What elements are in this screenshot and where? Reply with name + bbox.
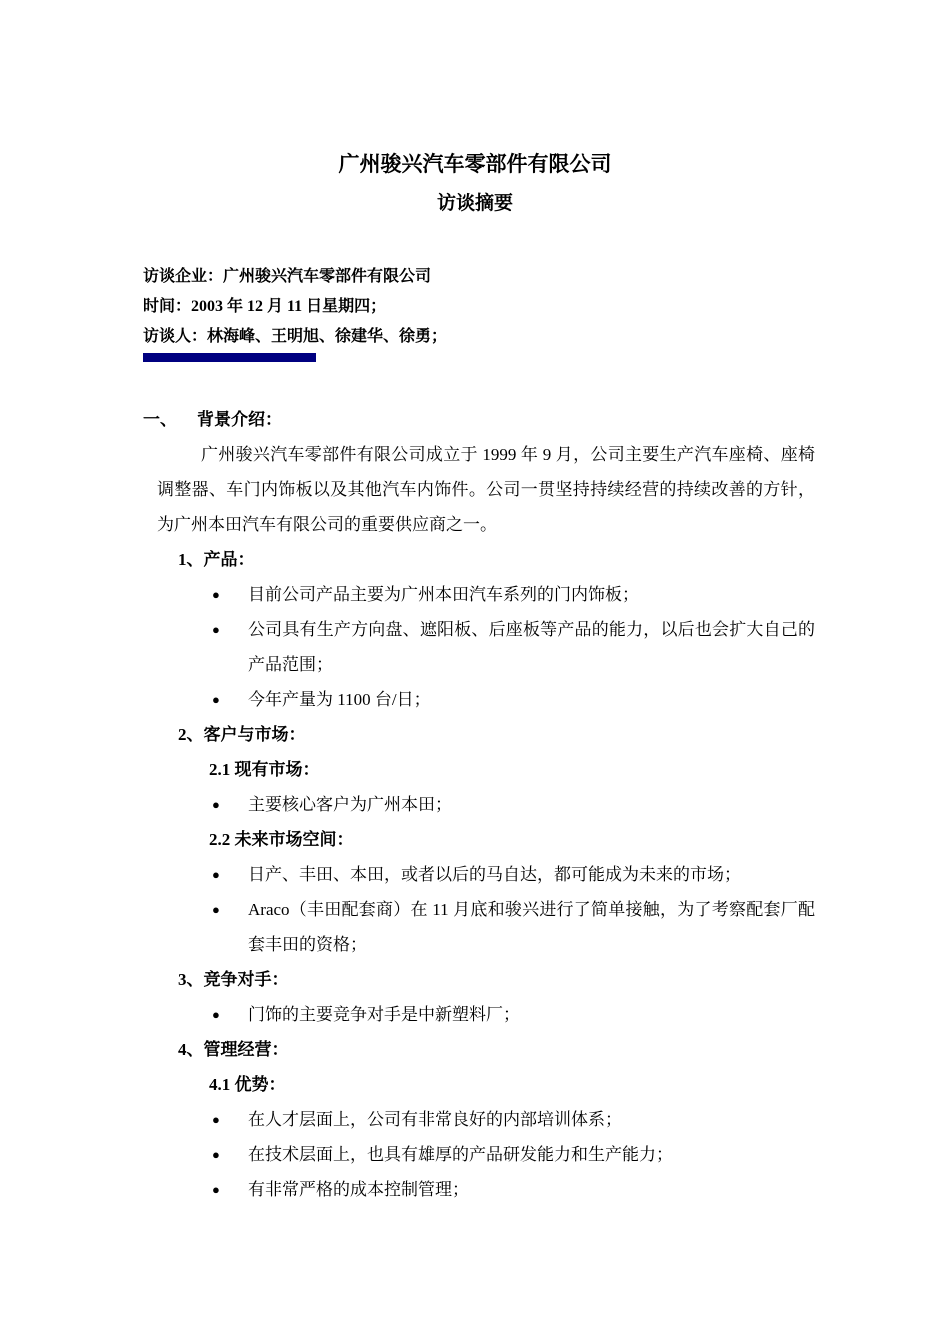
subsection-number: 1、 [178,550,204,569]
title-block: 广州骏兴汽车零部件有限公司 访谈摘要 [0,150,950,216]
document-body: 一、背景介绍： 广州骏兴汽车零部件有限公司成立于 1999 年 9 月，公司主要… [143,402,815,1207]
document-subtitle: 访谈摘要 [0,192,950,216]
bullet-item: ● 在技术层面上，也具有雄厚的产品研发能力和生产能力； [143,1137,815,1172]
group-heading-current-market: 2.1 现有市场： [143,752,815,787]
subsection-number: 2、 [178,725,204,744]
bullet-icon: ● [212,857,220,892]
group-heading-advantages: 4.1 优势： [143,1067,815,1102]
bullet-icon: ● [212,612,220,647]
meta-company: 访谈企业：广州骏兴汽车零部件有限公司 [143,262,833,292]
bullet-icon: ● [212,1172,220,1207]
subsection-heading-products: 1、产品： [143,542,815,577]
bullet-text: 公司具有生产方向盘、遮阳板、后座板等产品的能力，以后也会扩大自己的产品范围； [248,620,815,674]
subsection-heading-competitors: 3、竞争对手： [143,962,815,997]
bullet-text: Araco（丰田配套商）在 11 月底和骏兴进行了简单接触，为了考察配套厂配套丰… [248,900,815,954]
section-intro-paragraph: 广州骏兴汽车零部件有限公司成立于 1999 年 9 月，公司主要生产汽车座椅、座… [157,437,815,542]
subsection-heading-management: 4、管理经营： [143,1032,815,1067]
subsection-title: 客户与市场： [204,725,306,744]
bullet-item: ● Araco（丰田配套商）在 11 月底和骏兴进行了简单接触，为了考察配套厂配… [143,892,815,962]
bullet-text: 主要核心客户为广州本田； [248,795,452,814]
accent-bar [143,353,316,362]
bullet-item: ● 主要核心客户为广州本田； [143,787,815,822]
section-heading-label: 背景介绍： [197,410,282,429]
bullet-item: ● 今年产量为 1100 台/日； [143,682,815,717]
bullet-icon: ● [212,997,220,1032]
bullet-icon: ● [212,787,220,822]
section-number: 一、 [143,402,197,437]
section-heading: 一、背景介绍： [143,402,815,437]
meta-interviewers: 访谈人：林海峰、王明旭、徐建华、徐勇； [143,322,833,352]
bullet-item: ● 门饰的主要竞争对手是中新塑料厂； [143,997,815,1032]
bullet-icon: ● [212,1102,220,1137]
bullet-text: 今年产量为 1100 台/日； [248,690,431,709]
meta-block: 访谈企业：广州骏兴汽车零部件有限公司 时间：2003 年 12 月 11 日星期… [143,262,833,352]
subsection-title: 产品： [204,550,255,569]
bullet-icon: ● [212,1137,220,1172]
subsection-heading-customers-market: 2、客户与市场： [143,717,815,752]
bullet-icon: ● [212,577,220,612]
document-page: 广州骏兴汽车零部件有限公司 访谈摘要 访谈企业：广州骏兴汽车零部件有限公司 时间… [0,0,950,1344]
bullet-text: 在技术层面上，也具有雄厚的产品研发能力和生产能力； [248,1145,673,1164]
group-heading-future-market: 2.2 未来市场空间： [143,822,815,857]
subsection-title: 管理经营： [204,1040,289,1059]
document-title: 广州骏兴汽车零部件有限公司 [0,150,950,178]
subsection-title: 竞争对手： [204,970,289,989]
bullet-icon: ● [212,892,220,927]
subsection-number: 4、 [178,1040,204,1059]
bullet-item: ● 公司具有生产方向盘、遮阳板、后座板等产品的能力，以后也会扩大自己的产品范围； [143,612,815,682]
bullet-item: ● 有非常严格的成本控制管理； [143,1172,815,1207]
subsection-number: 3、 [178,970,204,989]
bullet-text: 有非常严格的成本控制管理； [248,1180,469,1199]
bullet-item: ● 目前公司产品主要为广州本田汽车系列的门内饰板； [143,577,815,612]
bullet-text: 日产、丰田、本田，或者以后的马自达，都可能成为未来的市场； [248,865,741,884]
bullet-item: ● 在人才层面上，公司有非常良好的内部培训体系； [143,1102,815,1137]
meta-date: 时间：2003 年 12 月 11 日星期四； [143,292,833,322]
bullet-item: ● 日产、丰田、本田，或者以后的马自达，都可能成为未来的市场； [143,857,815,892]
bullet-icon: ● [212,682,220,717]
bullet-text: 门饰的主要竞争对手是中新塑料厂； [248,1005,520,1024]
bullet-text: 目前公司产品主要为广州本田汽车系列的门内饰板； [248,585,639,604]
bullet-text: 在人才层面上，公司有非常良好的内部培训体系； [248,1110,622,1129]
